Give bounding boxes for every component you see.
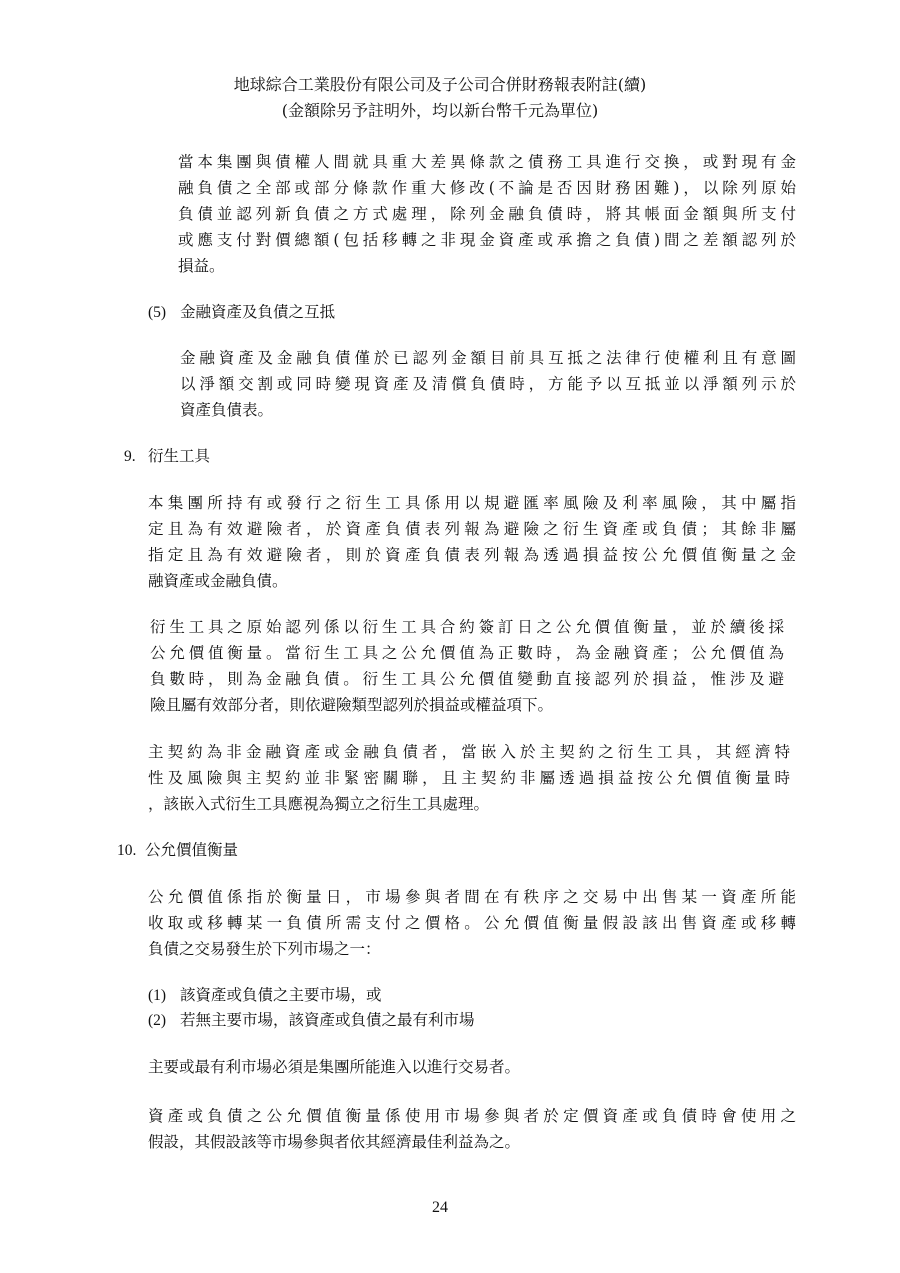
text-line: 險且屬有效部分者，則依避險類型認列於損益或權益項下。 <box>150 693 553 717</box>
text-line: 融負債之全部或部分條款作重大修改(不論是否因財務困難)，以除列原始 <box>178 176 796 200</box>
list-text: 若無主要市場，該資產或負債之最有利市場 <box>180 1011 475 1029</box>
text-line: 損益。 <box>178 254 225 278</box>
text-line-content: 定且為有效避險者，於資產負債表列報為避險之衍生資產或負債；其餘非屬 <box>148 517 796 541</box>
text-line-content: 以淨額交割或同時變現資產及清償負債時，方能予以互抵並以淨額列示於 <box>180 372 796 396</box>
list-marker: (2) <box>148 1009 180 1033</box>
text-line: 負數時，則為金融負債。衍生工具公允價值變動直接認列於損益，惟涉及避 <box>150 667 784 691</box>
text-line-content: 衍生工具之原始認列係以衍生工具合約簽訂日之公允價值衡量，並於續後採 <box>150 615 784 639</box>
document-subtitle: (金額除另予註明外，均以新台幣千元為單位) <box>0 99 890 123</box>
text-line: 以淨額交割或同時變現資產及清償負債時，方能予以互抵並以淨額列示於 <box>180 372 796 396</box>
text-line-content: 負數時，則為金融負債。衍生工具公允價值變動直接認列於損益，惟涉及避 <box>150 667 784 691</box>
text-line: 性及風險與主契約並非緊密關聯，且主契約非屬透過損益按公允價值衡量時 <box>148 766 790 790</box>
text-line: ，該嵌入式衍生工具應視為獨立之衍生工具處理。 <box>148 792 489 816</box>
section-heading: 10.公允價值衡量 <box>117 838 238 863</box>
text-line: 金融資產及金融負債僅於已認列金額目前具互抵之法律行使權利且有意圖 <box>180 346 796 370</box>
text-line-content: 公允價值係指於衡量日，市場參與者間在有秩序之交易中出售某一資產所能 <box>148 885 796 909</box>
section-title: 公允價值衡量 <box>145 841 238 859</box>
section-heading: (5)金融資產及負債之互抵 <box>148 300 335 325</box>
page-number: 24 <box>0 1199 880 1217</box>
text-line-content: 性及風險與主契約並非緊密關聯，且主契約非屬透過損益按公允價值衡量時 <box>148 766 790 790</box>
document-title: 地球綜合工業股份有限公司及子公司合併財務報表附註(續) <box>0 73 890 97</box>
text-line: 負債之交易發生於下列市場之一： <box>148 937 381 961</box>
text-line: 主契約為非金融資產或金融負債者，當嵌入於主契約之衍生工具，其經濟特 <box>148 740 790 764</box>
text-line: 負債並認列新負債之方式處理，除列金融負債時，將其帳面金額與所支付 <box>178 202 796 226</box>
text-line-content: 主契約為非金融資產或金融負債者，當嵌入於主契約之衍生工具，其經濟特 <box>148 740 790 764</box>
text-line: 公允價值係指於衡量日，市場參與者間在有秩序之交易中出售某一資產所能 <box>148 885 796 909</box>
section-number: 10. <box>117 839 145 863</box>
text-line-content: 公允價值衡量。當衍生工具之公允價值為正數時，為金融資產；公允價值為 <box>150 641 784 665</box>
section-title: 衍生工具 <box>148 447 210 465</box>
text-line: 假設，其假設該等市場參與者依其經濟最佳利益為之。 <box>148 1130 520 1154</box>
text-line-content: 指定且為有效避險者，則於資產負債表列報為透過損益按公允價值衡量之金 <box>148 543 796 567</box>
text-line-content: 負債並認列新負債之方式處理，除列金融負債時，將其帳面金額與所支付 <box>178 202 796 226</box>
list-item: (1)該資產或負債之主要市場，或 <box>148 983 382 1008</box>
text-line: 當本集團與債權人間就具重大差異條款之債務工具進行交換，或對現有金 <box>178 150 796 174</box>
text-line-content: 金融資產及金融負債僅於已認列金額目前具互抵之法律行使權利且有意圖 <box>180 346 796 370</box>
text-line: 主要或最有利市場必須是集團所能進入以進行交易者。 <box>148 1055 520 1079</box>
section-title: 金融資產及負債之互抵 <box>180 303 335 321</box>
text-line: 資產負債表。 <box>180 398 273 422</box>
list-marker: (1) <box>148 984 180 1008</box>
text-line-content: 收取或移轉某一負債所需支付之價格。公允價值衡量假設該出售資產或移轉 <box>148 911 796 935</box>
text-line: 衍生工具之原始認列係以衍生工具合約簽訂日之公允價值衡量，並於續後採 <box>150 615 784 639</box>
section-heading: 9.衍生工具 <box>124 444 210 469</box>
text-line-content: 資產或負債之公允價值衡量係使用市場參與者於定價資產或負債時會使用之 <box>148 1104 796 1128</box>
list-item: (2)若無主要市場，該資產或負債之最有利市場 <box>148 1008 475 1033</box>
text-line: 本集團所持有或發行之衍生工具係用以規避匯率風險及利率風險，其中屬指 <box>148 491 796 515</box>
text-line: 或應支付對價總額(包括移轉之非現金資產或承擔之負債)間之差額認列於 <box>178 228 796 252</box>
list-text: 該資產或負債之主要市場，或 <box>180 986 382 1004</box>
text-line-content: 本集團所持有或發行之衍生工具係用以規避匯率風險及利率風險，其中屬指 <box>148 491 796 515</box>
text-line: 公允價值衡量。當衍生工具之公允價值為正數時，為金融資產；公允價值為 <box>150 641 784 665</box>
text-line-content: 當本集團與債權人間就具重大差異條款之債務工具進行交換，或對現有金 <box>178 150 796 174</box>
text-line: 資產或負債之公允價值衡量係使用市場參與者於定價資產或負債時會使用之 <box>148 1104 796 1128</box>
text-line: 收取或移轉某一負債所需支付之價格。公允價值衡量假設該出售資產或移轉 <box>148 911 796 935</box>
text-line: 指定且為有效避險者，則於資產負債表列報為透過損益按公允價值衡量之金 <box>148 543 796 567</box>
text-line-content: 或應支付對價總額(包括移轉之非現金資產或承擔之負債)間之差額認列於 <box>178 228 796 252</box>
text-line: 定且為有效避險者，於資產負債表列報為避險之衍生資產或負債；其餘非屬 <box>148 517 796 541</box>
text-line: 融資產或金融負債。 <box>148 569 288 593</box>
text-line-content: 融負債之全部或部分條款作重大修改(不論是否因財務困難)，以除列原始 <box>178 176 796 200</box>
section-number: 9. <box>124 445 148 469</box>
section-number: (5) <box>148 301 180 325</box>
